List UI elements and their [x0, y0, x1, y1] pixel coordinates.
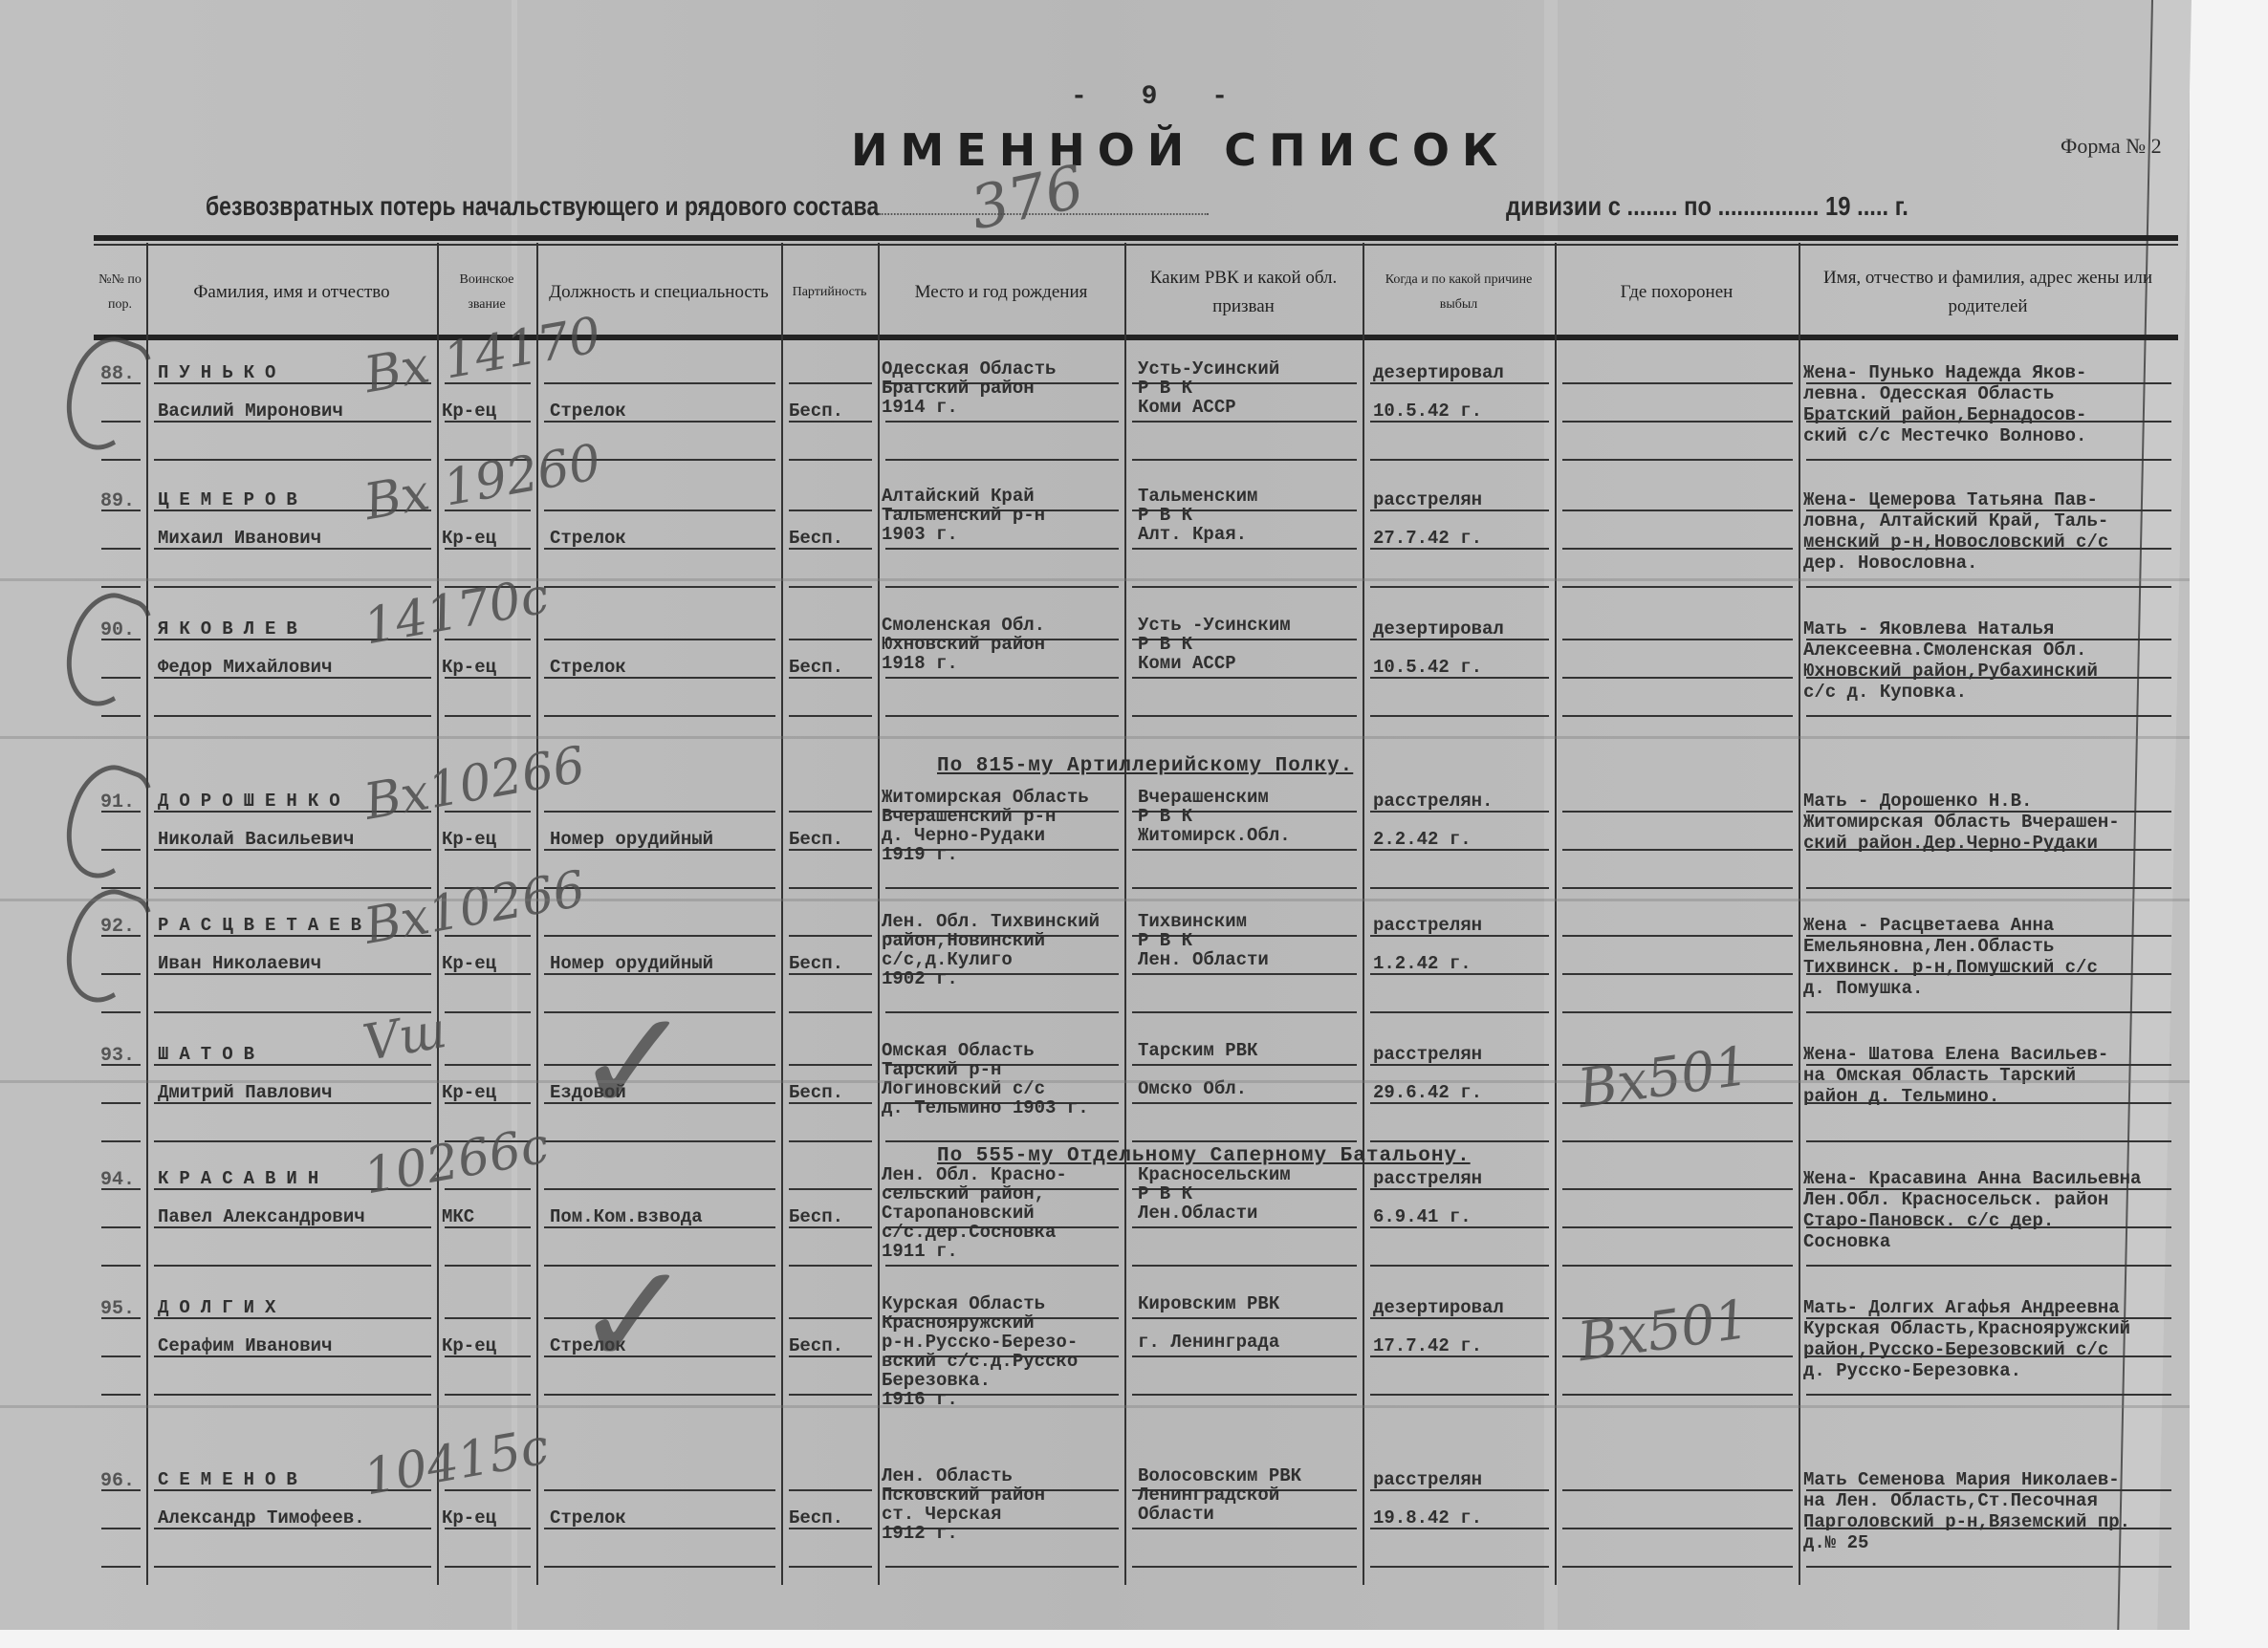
- row-rule: [544, 715, 775, 717]
- relative-address-line: с/с д. Куповка.: [1803, 683, 1967, 703]
- document-title: ИМЕННОЙ СПИСОК: [851, 124, 1511, 176]
- row-rule: [789, 510, 872, 511]
- row-rule: [789, 887, 872, 889]
- relative-address-line: Юхновский район,Рубахинский: [1803, 661, 2098, 682]
- birth-place-line: 1903 г.: [882, 525, 958, 545]
- birth-place-line: Омская Область: [882, 1041, 1035, 1061]
- row-rule: [1132, 1317, 1357, 1319]
- surname: ДОЛГИХ: [158, 1298, 286, 1318]
- birth-place-line: Тальменский р-н: [882, 506, 1045, 526]
- row-rule: [789, 935, 872, 937]
- row-rule: [1562, 1265, 1793, 1267]
- birth-place-line: 1911 г.: [882, 1242, 958, 1262]
- row-rule: [445, 1317, 531, 1319]
- surname: ЯКОВЛЕВ: [158, 619, 308, 640]
- header-col-relatives: Имя, отчество и фамилия, адрес жены или …: [1802, 250, 2173, 335]
- row-rule: [1370, 459, 1549, 461]
- row-rule: [1132, 1011, 1357, 1013]
- relative-address-line: Мать Семенова Мария Николаев-: [1803, 1470, 2120, 1490]
- row-rule: [1370, 1011, 1549, 1013]
- birth-place-line: Смоленская Обл.: [882, 616, 1045, 636]
- row-rule: [1370, 586, 1549, 588]
- row-rule: [1562, 510, 1793, 511]
- row-rule: [1806, 715, 2171, 717]
- row-rule: [1562, 715, 1793, 717]
- surname: РАСЦВЕТАЕВ: [158, 916, 372, 936]
- row-rule: [1132, 1102, 1357, 1104]
- row-rule: [101, 1102, 141, 1104]
- row-rule: [1370, 1566, 1549, 1568]
- relative-address-line: Лен.Обл. Красносельск. район: [1803, 1190, 2108, 1210]
- relative-address-line: Жена- Цемерова Татьяна Пав-: [1803, 490, 2098, 510]
- relative-address-line: Емельяновна,Лен.Область: [1803, 937, 2054, 957]
- row-rule: [1132, 1226, 1357, 1228]
- row-rule: [154, 586, 431, 588]
- row-rule: [1562, 935, 1793, 937]
- birth-place-line: 1912 г.: [882, 1524, 958, 1544]
- row-rule: [1132, 1566, 1357, 1568]
- row-rule: [1562, 421, 1793, 423]
- page-number: - 9 -: [1071, 82, 1247, 112]
- draft-office-line: Лен. Области: [1138, 950, 1269, 970]
- loss-date: 29.6.42 г.: [1373, 1083, 1482, 1103]
- draft-office-line: Коми АССР: [1138, 654, 1236, 674]
- row-rule: [1562, 586, 1793, 588]
- loss-reason: расстрелян: [1373, 490, 1482, 510]
- loss-date: 6.9.41 г.: [1373, 1207, 1472, 1227]
- row-rule: [1562, 1394, 1793, 1396]
- row-rule: [1132, 1394, 1357, 1396]
- given-names: Иван Николаевич: [158, 954, 321, 974]
- row-rule: [154, 1394, 431, 1396]
- row-rule: [1562, 459, 1793, 461]
- column-divider: [781, 243, 783, 1585]
- row-rule: [1370, 1265, 1549, 1267]
- row-rule: [1806, 1566, 2171, 1568]
- draft-office-line: Алт. Края.: [1138, 525, 1247, 545]
- row-rule: [101, 1265, 141, 1267]
- surname: ПУНЬКО: [158, 363, 286, 383]
- row-rule: [1370, 887, 1549, 889]
- row-rule: [1132, 548, 1357, 550]
- row-number: 95.: [100, 1298, 135, 1320]
- row-rule: [885, 548, 1119, 550]
- row-rule: [101, 1528, 141, 1529]
- row-rule: [1132, 887, 1357, 889]
- draft-office-line: Вчерашенским: [1138, 788, 1269, 808]
- row-rule: [154, 887, 431, 889]
- given-names: Михаил Иванович: [158, 529, 321, 549]
- birth-place-line: Березовка.: [882, 1371, 991, 1391]
- loss-reason: расстрелян: [1373, 916, 1482, 936]
- party-membership: Бесп.: [789, 1083, 843, 1103]
- loss-date: 2.2.42 г.: [1373, 830, 1472, 850]
- row-rule: [101, 459, 141, 461]
- military-rank: Кр-ец: [442, 401, 496, 422]
- loss-reason: дезертировал: [1373, 363, 1504, 383]
- subtitle-text: безвозвратных потерь начальствующего и р…: [206, 191, 879, 221]
- birth-place-line: д. Тельмино 1903 г.: [882, 1098, 1089, 1118]
- birth-place-line: Лен. Обл. Тихвинский: [882, 912, 1100, 932]
- party-membership: Бесп.: [789, 1207, 843, 1227]
- birth-place-line: 1918 г.: [882, 654, 958, 674]
- row-rule: [101, 1394, 141, 1396]
- party-membership: Бесп.: [789, 1508, 843, 1529]
- row-rule: [789, 1566, 872, 1568]
- row-rule: [544, 1188, 775, 1190]
- row-rule: [1562, 1140, 1793, 1142]
- given-names: Александр Тимофеев.: [158, 1508, 365, 1529]
- surname: ДОРОШЕНКО: [158, 791, 351, 812]
- row-rule: [445, 1566, 531, 1568]
- row-rule: [544, 1489, 775, 1491]
- relative-address-line: левна. Одесская Область: [1803, 384, 2054, 404]
- draft-office-line: г. Ленинграда: [1138, 1333, 1279, 1353]
- row-rule: [1806, 459, 2171, 461]
- loss-date: 10.5.42 г.: [1373, 401, 1482, 422]
- row-rule: [885, 1011, 1119, 1013]
- row-rule: [1132, 1064, 1357, 1066]
- draft-office-line: Усть-Усинский: [1138, 359, 1279, 379]
- row-rule: [101, 715, 141, 717]
- relative-address-line: ский район.Дер.Черно-Рудаки: [1803, 834, 2098, 854]
- party-membership: Бесп.: [789, 401, 843, 422]
- loss-reason: дезертировал: [1373, 1298, 1504, 1318]
- loss-reason: расстрелян: [1373, 1470, 1482, 1490]
- position: Стрелок: [550, 529, 626, 549]
- birth-place-line: Братский район: [882, 379, 1035, 399]
- draft-office-line: Р В К: [1138, 1184, 1192, 1204]
- loss-reason: расстрелян.: [1373, 791, 1493, 812]
- row-rule: [544, 586, 775, 588]
- birth-place-line: с/с.дер.Сосновка: [882, 1223, 1056, 1243]
- row-rule: [1562, 677, 1793, 679]
- loss-date: 17.7.42 г.: [1373, 1336, 1482, 1356]
- row-rule: [1132, 1528, 1357, 1529]
- table-top-rule: [94, 235, 2178, 241]
- row-rule: [544, 1566, 775, 1568]
- row-rule: [1562, 887, 1793, 889]
- party-membership: Бесп.: [789, 1336, 843, 1356]
- row-rule: [789, 1011, 872, 1013]
- draft-office-line: Тальменским: [1138, 487, 1257, 507]
- row-rule: [885, 421, 1119, 423]
- row-rule: [789, 1064, 872, 1066]
- row-rule: [154, 1566, 431, 1568]
- row-rule: [885, 715, 1119, 717]
- row-rule: [1132, 459, 1357, 461]
- row-rule: [544, 935, 775, 937]
- column-divider: [1555, 243, 1557, 1585]
- relative-address-line: д. Русско-Березовка.: [1803, 1361, 2021, 1381]
- header-col-reason: Когда и по какой причине выбыл: [1366, 250, 1551, 335]
- relative-address-line: район,Русско-Березовский с/с: [1803, 1340, 2108, 1360]
- row-rule: [445, 715, 531, 717]
- row-rule: [445, 1394, 531, 1396]
- row-rule: [1562, 382, 1793, 384]
- row-rule: [1132, 973, 1357, 975]
- row-rule: [544, 382, 775, 384]
- row-number: 89.: [100, 490, 135, 512]
- relative-address-line: Алексеевна.Смоленская Обл.: [1803, 640, 2086, 661]
- row-number: 93.: [100, 1045, 135, 1067]
- row-rule: [1132, 849, 1357, 851]
- header-col-number: №№ по пор.: [98, 250, 142, 335]
- row-rule: [101, 1011, 141, 1013]
- relative-address-line: Мать - Яковлева Наталья: [1803, 619, 2054, 640]
- draft-office-line: Тарским РВК: [1138, 1041, 1257, 1061]
- header-col-name: Фамилия, имя и отчество: [150, 250, 433, 335]
- military-rank: Кр-ец: [442, 1508, 496, 1529]
- position: Номер орудийный: [550, 830, 713, 850]
- military-rank: Кр-ец: [442, 1083, 496, 1103]
- relative-address-line: Мать- Долгих Агафья Андреевна: [1803, 1298, 2120, 1318]
- military-rank: Кр-ец: [442, 954, 496, 974]
- birth-place-line: Курская Область: [882, 1294, 1045, 1314]
- birth-place-line: Старопановский: [882, 1203, 1035, 1224]
- row-rule: [1806, 1011, 2171, 1013]
- row-rule: [544, 510, 775, 511]
- draft-office-line: Области: [1138, 1505, 1214, 1525]
- draft-office-line: Красносельским: [1138, 1165, 1291, 1185]
- row-rule: [1562, 849, 1793, 851]
- draft-office-line: Р В К: [1138, 807, 1192, 827]
- row-rule: [885, 677, 1119, 679]
- position: Стрелок: [550, 401, 626, 422]
- row-rule: [544, 639, 775, 640]
- row-rule: [445, 1064, 531, 1066]
- fold-crease: [0, 899, 2190, 901]
- row-rule: [1806, 586, 2171, 588]
- relative-address-line: Жена- Шатова Елена Васильев-: [1803, 1045, 2108, 1065]
- row-rule: [101, 1355, 141, 1357]
- birth-place-line: 1902 г.: [882, 969, 958, 989]
- relative-address-line: Курская Область,Краснояружский: [1803, 1319, 2130, 1339]
- row-rule: [1806, 887, 2171, 889]
- row-rule: [1562, 1011, 1793, 1013]
- row-number: 96.: [100, 1470, 135, 1492]
- draft-office-line: Волосовским РВК: [1138, 1466, 1301, 1486]
- row-rule: [789, 382, 872, 384]
- row-rule: [885, 1140, 1119, 1142]
- row-rule: [445, 1265, 531, 1267]
- military-rank: Кр-ец: [442, 529, 496, 549]
- fold-crease: [0, 1080, 2190, 1083]
- relative-address-line: ский с/с Местечко Волново.: [1803, 426, 2086, 446]
- birth-place-line: Юхновский район: [882, 635, 1045, 655]
- row-rule: [445, 1011, 531, 1013]
- given-names: Василий Миронович: [158, 401, 343, 422]
- position: Стрелок: [550, 1508, 626, 1529]
- birth-place-line: ст. Черская: [882, 1505, 1001, 1525]
- relative-address-line: Жена- Пунько Надежда Яков-: [1803, 363, 2086, 383]
- given-names: Дмитрий Павлович: [158, 1083, 332, 1103]
- surname: ШАТОВ: [158, 1045, 265, 1065]
- relative-address-line: Жена - Расцветаева Анна: [1803, 916, 2054, 936]
- column-divider: [878, 243, 880, 1585]
- row-rule: [1132, 1140, 1357, 1142]
- row-rule: [1562, 1188, 1793, 1190]
- header-col-rvk: Каким РВК и какой обл. призван: [1128, 250, 1359, 335]
- header-col-buried: Где похоронен: [1559, 250, 1795, 335]
- row-rule: [101, 1140, 141, 1142]
- loss-date: 27.7.42 г.: [1373, 529, 1482, 549]
- loss-reason: дезертировал: [1373, 619, 1504, 640]
- row-number: 94.: [100, 1169, 135, 1191]
- position: Пом.Ком.взвода: [550, 1207, 703, 1227]
- relative-address-line: Мать - Дорошенко Н.В.: [1803, 791, 2032, 812]
- surname: СЕМЕНОВ: [158, 1470, 308, 1490]
- row-rule: [101, 548, 141, 550]
- birth-place-line: вский с/с.д.Русско: [882, 1352, 1078, 1372]
- row-rule: [1132, 1265, 1357, 1267]
- row-rule: [154, 1140, 431, 1142]
- row-rule: [789, 811, 872, 813]
- birth-place-line: Вчерашенский р-н: [882, 807, 1056, 827]
- row-rule: [1132, 715, 1357, 717]
- row-rule: [789, 1489, 872, 1491]
- header-col-party: Партийность: [785, 250, 874, 335]
- row-rule: [154, 459, 431, 461]
- draft-office-line: Кировским РВК: [1138, 1294, 1279, 1314]
- row-rule: [1370, 715, 1549, 717]
- birth-place-line: Псковский район: [882, 1485, 1045, 1506]
- pencil-check-mark: ✓: [574, 1233, 694, 1399]
- relative-address-line: Парголовский р-н,Вяземский пр.: [1803, 1512, 2130, 1532]
- loss-reason: расстрелян: [1373, 1169, 1482, 1189]
- row-rule: [1132, 586, 1357, 588]
- row-rule: [1562, 973, 1793, 975]
- row-rule: [1562, 1528, 1793, 1529]
- row-rule: [789, 715, 872, 717]
- military-rank: МКС: [442, 1207, 474, 1227]
- row-rule: [1562, 1226, 1793, 1228]
- draft-office-line: Р В К: [1138, 506, 1192, 526]
- party-membership: Бесп.: [789, 658, 843, 678]
- birth-place-line: 1914 г.: [882, 398, 958, 418]
- loss-date: 19.8.42 г.: [1373, 1508, 1482, 1529]
- surname: КРАСАВИН: [158, 1169, 329, 1189]
- draft-office-line: Р В К: [1138, 379, 1192, 399]
- row-rule: [789, 459, 872, 461]
- draft-office-line: Коми АССР: [1138, 398, 1236, 418]
- fold-crease: [0, 578, 2190, 581]
- row-rule: [885, 586, 1119, 588]
- birth-place-line: сельский район,: [882, 1184, 1045, 1204]
- row-rule: [154, 1265, 431, 1267]
- military-rank: Кр-ец: [442, 1336, 496, 1356]
- given-names: Павел Александрович: [158, 1207, 365, 1227]
- row-rule: [1132, 677, 1357, 679]
- section-heading: По 815-му Артиллерийскому Полку.: [937, 755, 1353, 777]
- row-rule: [1806, 1140, 2171, 1142]
- row-rule: [885, 1265, 1119, 1267]
- relative-address-line: Сосновка: [1803, 1232, 1890, 1252]
- relative-address-line: район д. Тельмино.: [1803, 1087, 1999, 1107]
- birth-place-line: Одесская Область: [882, 359, 1056, 379]
- relative-address-line: д. Помушка.: [1803, 979, 1923, 999]
- row-rule: [789, 1317, 872, 1319]
- party-membership: Бесп.: [789, 954, 843, 974]
- military-rank: Кр-ец: [442, 658, 496, 678]
- row-rule: [1806, 1394, 2171, 1396]
- row-rule: [101, 1566, 141, 1568]
- relative-address-line: ловна, Алтайский Край, Таль-: [1803, 511, 2108, 531]
- row-rule: [789, 639, 872, 640]
- row-rule: [1132, 421, 1357, 423]
- draft-office-line: Житомирск.Обл.: [1138, 826, 1291, 846]
- relative-address-line: Жена- Красавина Анна Васильевна: [1803, 1169, 2141, 1189]
- relative-address-line: дер. Новословна.: [1803, 553, 1977, 574]
- row-rule: [885, 1566, 1119, 1568]
- row-rule: [101, 586, 141, 588]
- column-divider: [1799, 243, 1800, 1585]
- row-rule: [544, 811, 775, 813]
- row-rule: [154, 715, 431, 717]
- row-rule: [101, 1226, 141, 1228]
- draft-office-line: Р В К: [1138, 635, 1192, 655]
- loss-reason: расстрелян: [1373, 1045, 1482, 1065]
- draft-office-line: Тихвинским: [1138, 912, 1247, 932]
- birth-place-line: Лен. Область: [882, 1466, 1013, 1486]
- row-rule: [1806, 1265, 2171, 1267]
- relative-address-line: Тихвинск. р-н,Помушский с/с: [1803, 958, 2098, 978]
- row-rule: [1370, 1394, 1549, 1396]
- row-rule: [1562, 639, 1793, 640]
- given-names: Николай Васильевич: [158, 830, 354, 850]
- column-divider: [1124, 243, 1126, 1585]
- relative-address-line: менский р-н,Новословский с/с: [1803, 532, 2108, 553]
- row-rule: [1562, 811, 1793, 813]
- relative-address-line: на Лен. Область,Ст.Песочная: [1803, 1491, 2098, 1511]
- relative-address-line: Старо-Пановск. с/с дер.: [1803, 1211, 2054, 1231]
- row-rule: [789, 1188, 872, 1190]
- row-rule: [101, 887, 141, 889]
- birth-place-line: р-н.Русско-Березо-: [882, 1333, 1078, 1353]
- loss-date: 10.5.42 г.: [1373, 658, 1482, 678]
- surname: ЦЕМЕРОВ: [158, 490, 308, 510]
- row-rule: [789, 586, 872, 588]
- table-top-rule-thin: [94, 244, 2178, 246]
- row-rule: [885, 459, 1119, 461]
- birth-place-line: Лен. Обл. Красно-: [882, 1165, 1067, 1185]
- form-label: Форма № 2: [2061, 134, 2162, 159]
- row-rule: [789, 1265, 872, 1267]
- fold-crease: [0, 1405, 2190, 1408]
- birth-place-line: с/с,д.Кулиго: [882, 950, 1013, 970]
- position: Номер орудийный: [550, 954, 713, 974]
- fold-crease: [0, 736, 2190, 739]
- position: Стрелок: [550, 658, 626, 678]
- given-names: Серафим Иванович: [158, 1336, 332, 1356]
- birth-place-line: район,Новинский: [882, 931, 1045, 951]
- loss-date: 1.2.42 г.: [1373, 954, 1472, 974]
- relative-address-line: Житомирская Область Вчерашен-: [1803, 813, 2120, 833]
- division-date-range: дивизии с ........ по ................ 1…: [1506, 191, 1908, 222]
- row-rule: [1132, 1355, 1357, 1357]
- row-rule: [1370, 1140, 1549, 1142]
- draft-office-line: Лен.Области: [1138, 1203, 1257, 1224]
- birth-place-line: Краснояружский: [882, 1313, 1035, 1334]
- column-divider: [1363, 243, 1364, 1585]
- pencil-check-mark: ✓: [574, 980, 694, 1146]
- draft-office-line: Ленинградской: [1138, 1485, 1279, 1506]
- birth-place-line: Житомирская Область: [882, 788, 1089, 808]
- row-rule: [789, 1140, 872, 1142]
- row-rule: [1562, 1489, 1793, 1491]
- military-rank: Кр-ец: [442, 830, 496, 850]
- birth-place-line: Алтайский Край: [882, 487, 1035, 507]
